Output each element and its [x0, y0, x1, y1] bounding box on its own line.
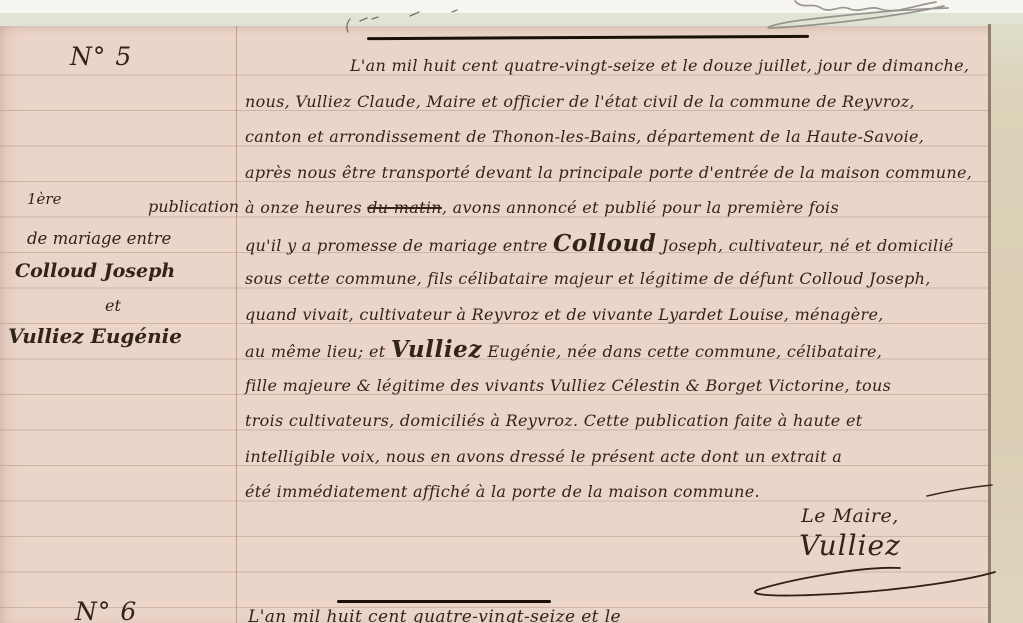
body-line: L'an mil huit cent quatre-vingt-seize et… [245, 48, 975, 84]
page-top-white-band [0, 0, 1023, 13]
body-line: au même lieu; et Vulliez Eugénie, née da… [245, 332, 975, 368]
body-line: quand vivait, cultivateur à Reyvroz et d… [245, 297, 975, 333]
mayor-signature: Vulliez [700, 529, 1000, 562]
body-line: après nous être transporté devant la pri… [245, 155, 975, 191]
body-line: sous cette commune, fils célibataire maj… [245, 261, 975, 297]
struck-words: du matin [367, 198, 442, 217]
body-line: intelligible voix, nous en avons dressé … [245, 439, 975, 475]
body-line: qu'il y a promesse de mariage entre Coll… [245, 226, 975, 262]
next-act-number: N° 6 [75, 597, 137, 623]
margin-rule-vertical [236, 26, 237, 623]
page-top-green-band [0, 13, 1023, 26]
margin-word-publication: publication [148, 197, 239, 216]
signer-role: Le Maire, [700, 505, 1000, 527]
act-number: N° 5 [70, 42, 132, 71]
register-page-scan: N° 5 1ère publication de mariage entre C… [0, 0, 1023, 623]
act-separator-stroke-bottom [337, 600, 551, 603]
body-line: à onze heures du matin, avons annoncé et… [245, 190, 975, 226]
margin-groom-name: Colloud Joseph [15, 260, 175, 282]
body-line: canton et arrondissement de Thonon-les-B… [245, 119, 975, 155]
body-line: trois cultivateurs, domiciliés à Reyvroz… [245, 403, 975, 439]
margin-bride-name: Vulliez Eugénie [8, 324, 182, 348]
bride-surname-emphasis: Vulliez [391, 336, 482, 363]
groom-surname-emphasis: Colloud [553, 230, 656, 257]
act-body-text: L'an mil huit cent quatre-vingt-seize et… [245, 48, 975, 510]
body-line: fille majeure & légitime des vivants Vul… [245, 368, 975, 404]
next-act-partial-line: L'an mil huit cent quatre-vingt-seize et… [248, 607, 621, 623]
margin-ordinal: 1ère [27, 190, 61, 208]
body-line: nous, Vulliez Claude, Maire et officier … [245, 84, 975, 120]
signature-block: Le Maire, Vulliez [700, 505, 1000, 562]
margin-line-mariage-entre: de mariage entre [27, 229, 171, 248]
margin-conjunction: et [105, 296, 121, 315]
